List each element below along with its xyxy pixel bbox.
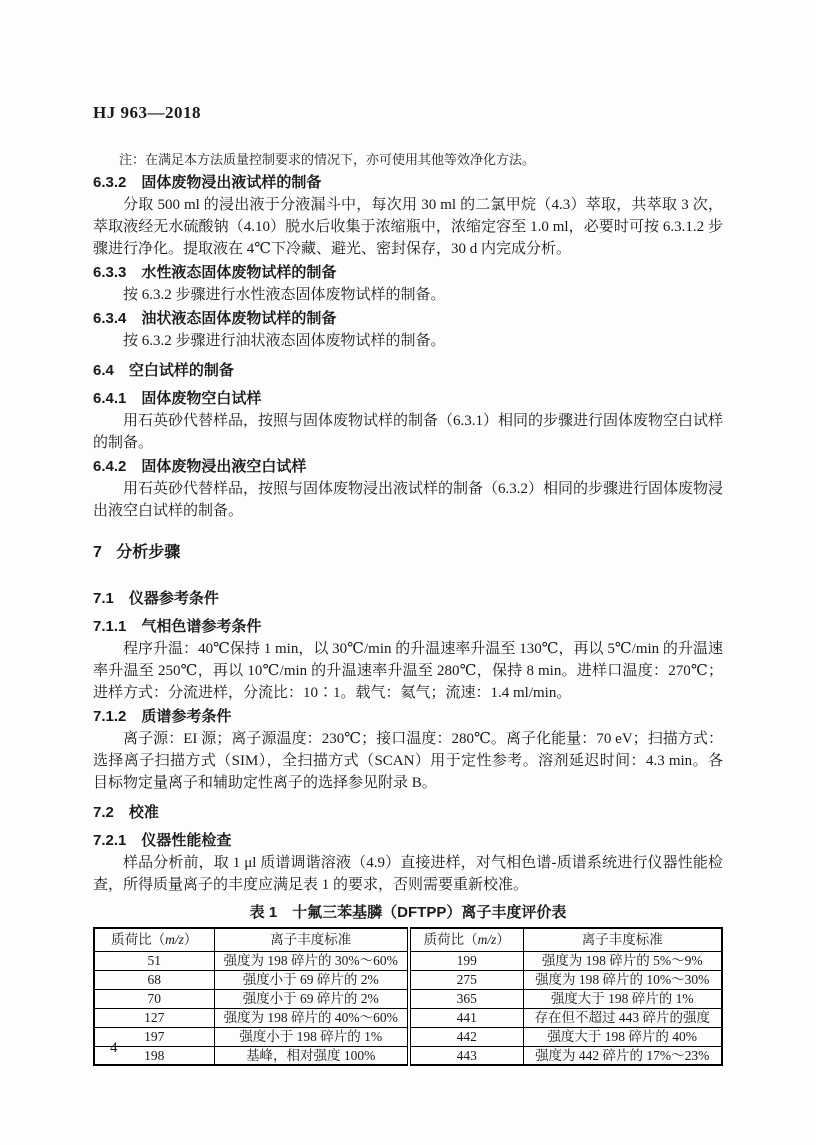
heading-number: 6.4.2 (93, 458, 126, 475)
table-cell-criterion: 强度小于 198 碎片的 1% (214, 1027, 409, 1046)
heading-number: 6.4 (93, 362, 114, 379)
heading-number: 7.1 (93, 590, 114, 607)
heading-number: 7.2 (93, 804, 114, 821)
table-cell-mz: 51 (94, 951, 214, 970)
table-row: 70 强度小于 69 碎片的 2% 365 强度大于 198 碎片的 1% (94, 989, 722, 1008)
table-header-row: 质荷比（m/z） 离子丰度标准 质荷比（m/z） 离子丰度标准 (94, 928, 722, 951)
table-cell-criterion: 强度为 198 碎片的 30%～60% (214, 951, 409, 970)
table-row: 51 强度为 198 碎片的 30%～60% 199 强度为 198 碎片的 5… (94, 951, 722, 970)
paragraph-6.3.2: 分取 500 ml 的浸出液于分液漏斗中，每次用 30 ml 的二氯甲烷（4.3… (93, 194, 723, 260)
heading-7.2: 7.2校准 (93, 802, 723, 824)
paragraph-6.4.2: 用石英砂代替样品，按照与固体废物浸出液试样的制备（6.3.2）相同的步骤进行固体… (93, 478, 723, 522)
table-row: 68 强度小于 69 碎片的 2% 275 强度为 198 碎片的 10%～30… (94, 970, 722, 989)
heading-title: 校准 (129, 804, 159, 821)
heading-title: 分析步骤 (116, 544, 180, 561)
table-cell-criterion: 强度大于 198 碎片的 40% (523, 1027, 722, 1046)
table-cell-criterion: 强度为 442 碎片的 17%～23% (523, 1046, 722, 1065)
heading-7.2.1: 7.2.1仪器性能检查 (93, 830, 723, 852)
header-text: ） (184, 932, 198, 947)
heading-title: 固体废物浸出液试样的制备 (141, 174, 321, 191)
header-mz-italic: m/z (165, 932, 184, 947)
table-cell-mz: 441 (409, 1008, 523, 1027)
table-row: 197 强度小于 198 碎片的 1% 442 强度大于 198 碎片的 40% (94, 1027, 722, 1046)
table-header-mz-left: 质荷比（m/z） (94, 928, 214, 951)
paragraph-7.1.2: 离子源：EI 源；离子源温度：230℃；接口温度：280℃。离子化能量：70 e… (93, 728, 723, 794)
heading-number: 6.4.1 (93, 390, 126, 407)
heading-number: 6.3.4 (93, 310, 126, 327)
heading-number: 7.1.2 (93, 708, 126, 725)
table-row: 198 基峰，相对强度 100% 443 强度为 442 碎片的 17%～23% (94, 1046, 722, 1065)
page-number: 4 (110, 1040, 118, 1057)
heading-number: 7.1.1 (93, 618, 126, 635)
table-cell-mz: 275 (409, 970, 523, 989)
table-cell-criterion: 强度为 198 碎片的 5%～9% (523, 951, 722, 970)
standard-number-header: HJ 963—2018 (93, 102, 723, 124)
paragraph-7.1.1: 程序升温：40℃保持 1 min，以 30℃/min 的升温速率升温至 130℃… (93, 638, 723, 704)
table-cell-mz: 199 (409, 951, 523, 970)
document-page: HJ 963—2018 注：在满足本方法质量控制要求的情况下，亦可使用其他等效净… (0, 0, 816, 1145)
heading-7.1: 7.1仪器参考条件 (93, 588, 723, 610)
heading-number: 7 (93, 544, 102, 561)
page-content: HJ 963—2018 注：在满足本方法质量控制要求的情况下，亦可使用其他等效净… (0, 0, 816, 1066)
paragraph-6.3.4: 按 6.3.2 步骤进行油状液态固体废物试样的制备。 (93, 330, 723, 352)
heading-6.3.4: 6.3.4油状液态固体废物试样的制备 (93, 308, 723, 330)
heading-6.4: 6.4空白试样的制备 (93, 360, 723, 382)
table-header-abundance-left: 离子丰度标准 (214, 928, 409, 951)
heading-6.3.3: 6.3.3水性液态固体废物试样的制备 (93, 262, 723, 284)
dftpp-ion-abundance-table: 质荷比（m/z） 离子丰度标准 质荷比（m/z） 离子丰度标准 51 强度为 1… (93, 927, 723, 1066)
heading-title: 油状液态固体废物试样的制备 (141, 310, 336, 327)
heading-7: 7分析步骤 (93, 542, 723, 564)
heading-title: 气相色谱参考条件 (141, 618, 261, 635)
heading-6.3.2: 6.3.2固体废物浸出液试样的制备 (93, 172, 723, 194)
heading-6.4.1: 6.4.1固体废物空白试样 (93, 388, 723, 410)
header-text: 质荷比（ (424, 932, 478, 947)
heading-title: 仪器参考条件 (129, 590, 219, 607)
table-cell-criterion: 强度小于 69 碎片的 2% (214, 989, 409, 1008)
header-text: 质荷比（ (111, 932, 165, 947)
note-text: 在满足本方法质量控制要求的情况下，亦可使用其他等效净化方法。 (145, 152, 535, 167)
heading-title: 固体废物浸出液空白试样 (141, 458, 306, 475)
header-mz-italic: m/z (478, 932, 497, 947)
table-caption: 表 1 十氟三苯基膦（DFTPP）离子丰度评价表 (93, 902, 723, 924)
heading-number: 7.2.1 (93, 832, 126, 849)
heading-number: 6.3.2 (93, 174, 126, 191)
paragraph-7.2.1: 样品分析前，取 1 μl 质谱调谐溶液（4.9）直接进样，对气相色谱-质谱系统进… (93, 852, 723, 896)
table-cell-mz: 70 (94, 989, 214, 1008)
heading-7.1.1: 7.1.1气相色谱参考条件 (93, 616, 723, 638)
table-cell-mz: 127 (94, 1008, 214, 1027)
table-cell-criterion: 基峰，相对强度 100% (214, 1046, 409, 1065)
heading-6.4.2: 6.4.2固体废物浸出液空白试样 (93, 456, 723, 478)
heading-number: 6.3.3 (93, 264, 126, 281)
table-cell-mz: 443 (409, 1046, 523, 1065)
paragraph-6.4.1: 用石英砂代替样品，按照与固体废物试样的制备（6.3.1）相同的步骤进行固体废物空… (93, 410, 723, 454)
heading-7.1.2: 7.1.2质谱参考条件 (93, 706, 723, 728)
header-text: ） (496, 932, 510, 947)
table-cell-criterion: 存在但不超过 443 碎片的强度 (523, 1008, 722, 1027)
table-cell-criterion: 强度为 198 碎片的 10%～30% (523, 970, 722, 989)
heading-title: 质谱参考条件 (141, 708, 231, 725)
table-cell-mz: 365 (409, 989, 523, 1008)
table-cell-criterion: 强度大于 198 碎片的 1% (523, 989, 722, 1008)
heading-title: 仪器性能检查 (141, 832, 231, 849)
note-label: 注： (119, 152, 145, 167)
table-cell-mz: 442 (409, 1027, 523, 1046)
table-cell-mz: 68 (94, 970, 214, 989)
table-cell-criterion: 强度小于 69 碎片的 2% (214, 970, 409, 989)
note: 注：在满足本方法质量控制要求的情况下，亦可使用其他等效净化方法。 (93, 150, 723, 170)
heading-title: 空白试样的制备 (129, 362, 234, 379)
heading-title: 固体废物空白试样 (141, 390, 261, 407)
heading-title: 水性液态固体废物试样的制备 (141, 264, 336, 281)
table-header-abundance-right: 离子丰度标准 (523, 928, 722, 951)
paragraph-6.3.3: 按 6.3.2 步骤进行水性液态固体废物试样的制备。 (93, 284, 723, 306)
table-row: 127 强度为 198 碎片的 40%～60% 441 存在但不超过 443 碎… (94, 1008, 722, 1027)
table-header-mz-right: 质荷比（m/z） (409, 928, 523, 951)
table-cell-criterion: 强度为 198 碎片的 40%～60% (214, 1008, 409, 1027)
